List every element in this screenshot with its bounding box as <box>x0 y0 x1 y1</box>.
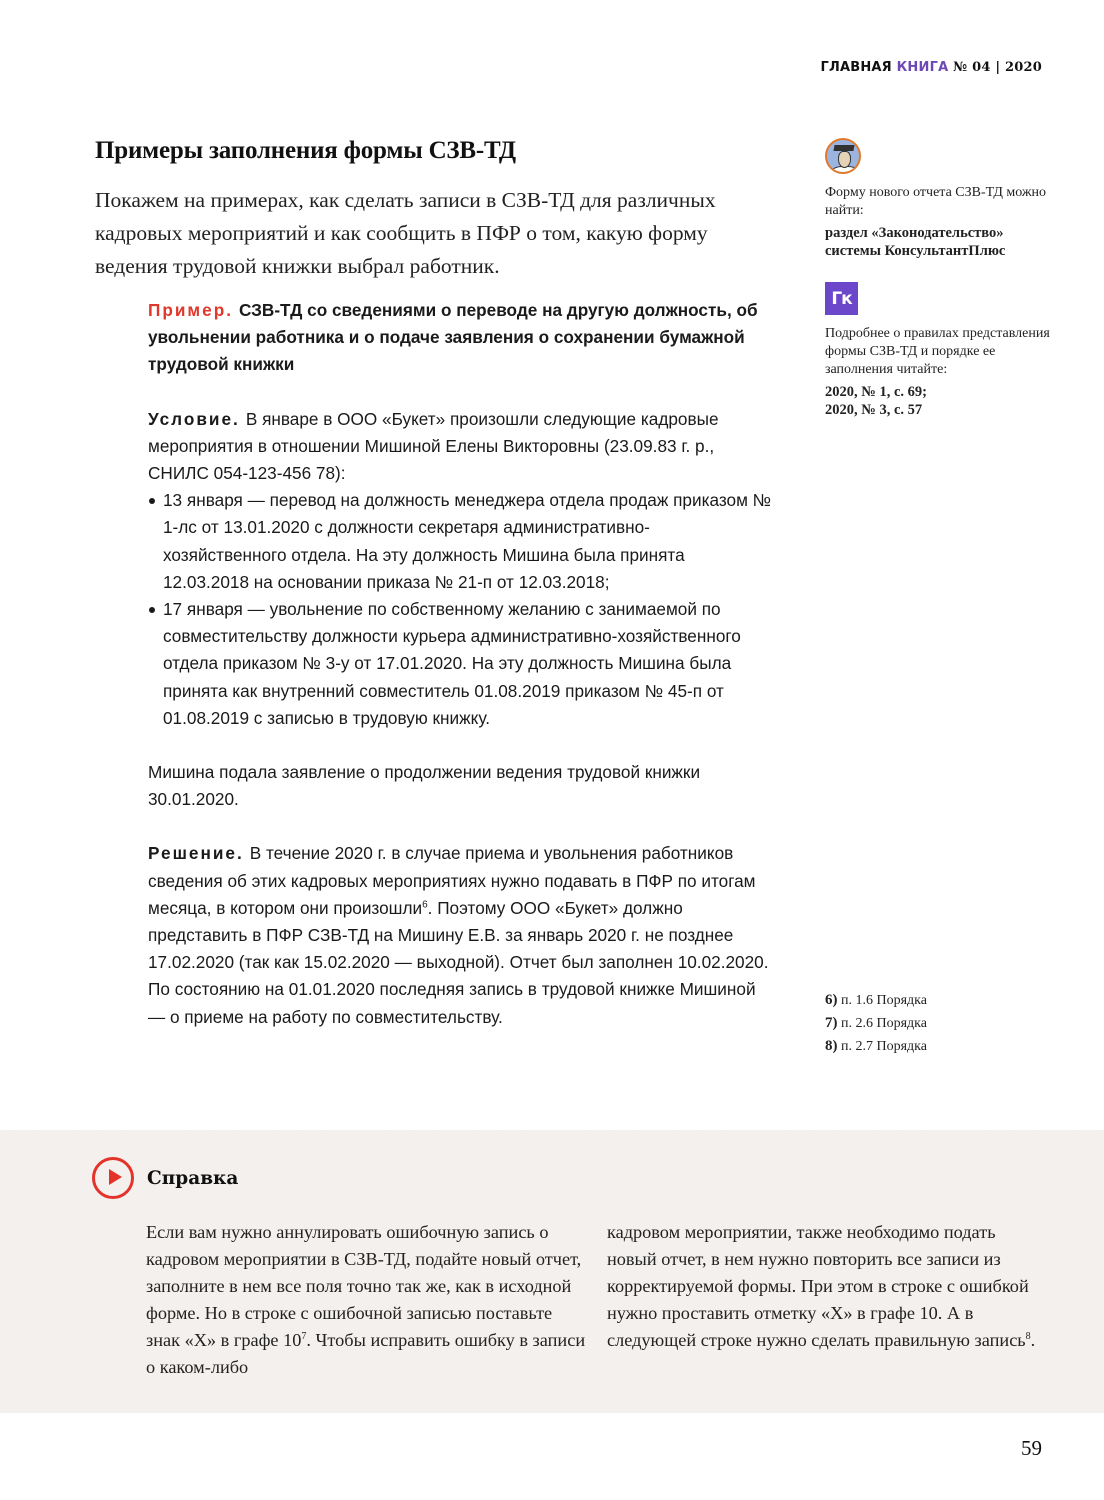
footnote-item: 6) п. 1.6 Порядка <box>825 989 927 1012</box>
footnote-text: п. 2.6 Порядка <box>841 1016 927 1031</box>
example-label: Пример. <box>148 300 233 320</box>
running-head: ГЛАВНАЯ КНИГА № 04 | 2020 <box>820 60 1042 75</box>
sidebar-note-text: Форму нового отчета СЗВ-ТД можно найти: <box>825 184 1050 220</box>
footnote-item: 7) п. 2.6 Порядка <box>825 1012 927 1035</box>
reference-text: кадровом мероприятии, также необходимо п… <box>607 1222 1029 1350</box>
page-number: 59 <box>1021 1436 1042 1461</box>
footnote-text: п. 2.7 Порядка <box>841 1039 927 1054</box>
professor-avatar-icon <box>825 138 861 174</box>
example-title: СЗВ-ТД со сведениями о переводе на другу… <box>148 300 758 374</box>
example-heading: Пример.СЗВ-ТД со сведениями о переводе н… <box>148 297 773 379</box>
footnote-number: 6) <box>825 992 838 1008</box>
list-item: 13 января — перевод на должность менедже… <box>148 487 773 596</box>
reference-title: Справка <box>147 1168 238 1189</box>
reference-header: Справка <box>92 1157 238 1199</box>
events-list: 13 января — перевод на должность менедже… <box>148 487 773 732</box>
reference-box: Справка Если вам нужно аннулировать ошиб… <box>0 1130 1104 1413</box>
scalloped-edge <box>0 1126 1104 1134</box>
play-circle-icon <box>92 1157 134 1199</box>
condition-label: Условие. <box>148 409 240 429</box>
footnote-number: 8) <box>825 1038 838 1054</box>
solution-label: Решение. <box>148 843 244 863</box>
reference-text-tail: . <box>1031 1330 1036 1350</box>
sidebar-ref: 2020, № 1, с. 69; <box>825 383 1050 401</box>
footnotes: 6) п. 1.6 Порядка 7) п. 2.6 Порядка 8) п… <box>825 989 927 1058</box>
footnote-text: п. 1.6 Порядка <box>841 993 927 1008</box>
sidebar-refs: 2020, № 1, с. 69; 2020, № 3, с. 57 <box>825 383 1050 419</box>
sidebar-ref: 2020, № 3, с. 57 <box>825 401 1050 419</box>
sidebar-note-gk: Гк Подробнее о правилах представления фо… <box>825 282 1050 419</box>
reference-column-1: Если вам нужно аннулировать ошибочную за… <box>146 1219 586 1381</box>
article-title: Примеры заполнения формы СЗВ-ТД <box>95 137 516 165</box>
footnote-number: 7) <box>825 1015 838 1031</box>
magazine-name: ГЛАВНАЯ <box>820 60 891 75</box>
magazine-name-accent: КНИГА <box>897 60 949 75</box>
sidebar-note-consultant: Форму нового отчета СЗВ-ТД можно найти: … <box>825 138 1050 260</box>
gk-logo-icon: Гк <box>825 282 858 315</box>
sidebar-note-text: Подробнее о правилах представления формы… <box>825 325 1050 379</box>
reference-column-2: кадровом мероприятии, также необходимо п… <box>607 1219 1047 1354</box>
note-paragraph: Мишина подала заявление о продолжении ве… <box>148 759 773 813</box>
article-lead: Покажем на примерах, как сделать записи … <box>95 184 785 283</box>
list-item: 17 января — увольнение по собственному ж… <box>148 596 773 732</box>
sidebar-note-bold: раздел «Законодательство» системы Консул… <box>825 224 1050 260</box>
solution-paragraph: Решение.В течение 2020 г. в случае прием… <box>148 840 773 1030</box>
condition-paragraph: Условие.В январе в ООО «Букет» произошли… <box>148 406 773 488</box>
issue-number: № 04 | 2020 <box>953 60 1042 75</box>
example-block: Пример.СЗВ-ТД со сведениями о переводе н… <box>148 297 773 1031</box>
footnote-item: 8) п. 2.7 Порядка <box>825 1035 927 1058</box>
